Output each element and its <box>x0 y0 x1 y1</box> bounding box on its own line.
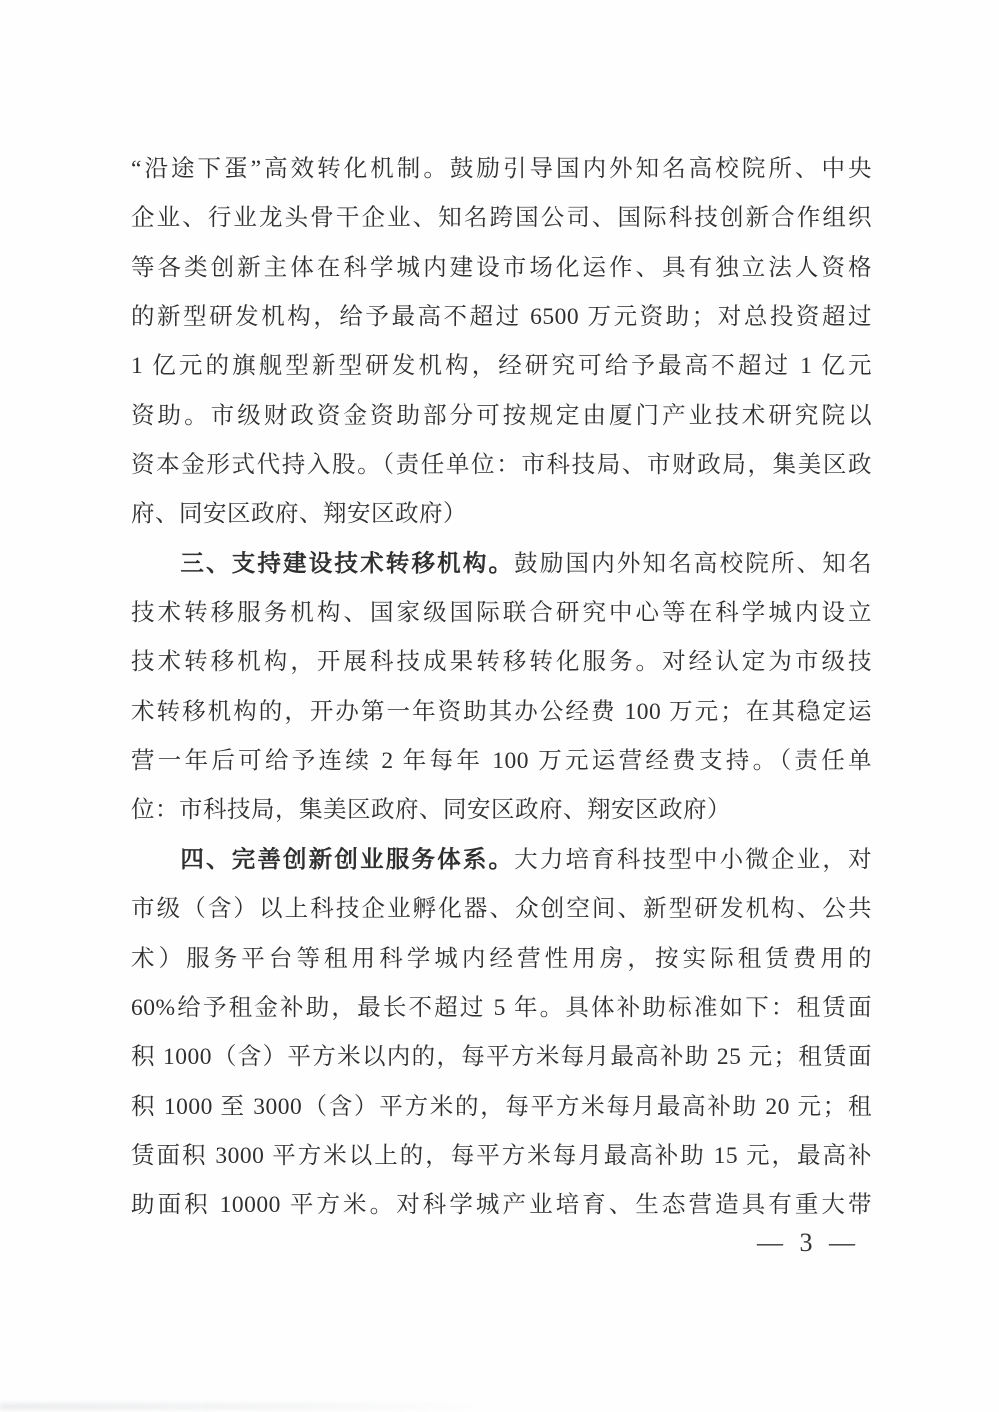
document-page: “沿途下蛋”高效转化机制。鼓励引导国内外知名高校院所、中央 企业、行业龙头骨干企… <box>0 0 999 1412</box>
text-line-rest: 大力培育科技型中小微企业，对 <box>514 847 872 873</box>
text-line: 1 亿元的旗舰型新型研发机构，经研究可给予最高不超过 1 亿元 <box>131 342 872 391</box>
text-line: 技术转移服务机构、国家级国际联合研究中心等在科学城内设立 <box>131 589 872 638</box>
text-line-rest: 鼓励国内外知名高校院所、知名 <box>514 551 872 577</box>
page-footer: — 3 — <box>131 1218 872 1267</box>
page-number: — 3 — <box>757 1228 855 1257</box>
text-line: “沿途下蛋”高效转化机制。鼓励引导国内外知名高校院所、中央 <box>131 145 872 194</box>
text-line: 赁面积 3000 平方米以上的，每平方米每月最高补助 15 元，最高补 <box>131 1132 872 1181</box>
text-line: 位：市科技局，集美区政府、同安区政府、翔安区政府） <box>131 786 872 835</box>
text-line: 三、支持建设技术转移机构。鼓励国内外知名高校院所、知名 <box>131 540 872 589</box>
text-line: 企业、行业龙头骨干企业、知名跨国公司、国际科技创新合作组织 <box>131 194 872 243</box>
text-block: “沿途下蛋”高效转化机制。鼓励引导国内外知名高校院所、中央 企业、行业龙头骨干企… <box>131 145 872 1231</box>
section-heading-3: 三、支持建设技术转移机构。 <box>180 551 514 577</box>
text-line: 资助。市级财政资金资助部分可按规定由厦门产业技术研究院以 <box>131 392 872 441</box>
text-line: 积 1000 至 3000（含）平方米的，每平方米每月最高补助 20 元；租 <box>131 1083 872 1132</box>
text-line: 的新型研发机构，给予最高不超过 6500 万元资助；对总投资超过 <box>131 293 872 342</box>
text-line: 术）服务平台等租用科学城内经营性用房，按实际租赁费用的 <box>131 935 872 984</box>
text-line: 府、同安区政府、翔安区政府） <box>131 490 872 539</box>
text-line: 四、完善创新创业服务体系。大力培育科技型中小微企业，对 <box>131 836 872 885</box>
text-line: 技术转移机构，开展科技成果转移转化服务。对经认定为市级技 <box>131 638 872 687</box>
text-line: 等各类创新主体在科学城内建设市场化运作、具有独立法人资格 <box>131 244 872 293</box>
text-line: 积 1000（含）平方米以内的，每平方米每月最高补助 25 元；租赁面 <box>131 1033 872 1082</box>
text-line: 营一年后可给予连续 2 年每年 100 万元运营经费支持。（责任单 <box>131 737 872 786</box>
scan-artifact <box>0 1403 500 1410</box>
text-line: 资本金形式代持入股。（责任单位：市科技局、市财政局，集美区政 <box>131 441 872 490</box>
text-line: 市级（含）以上科技企业孵化器、众创空间、新型研发机构、公共（技 <box>131 885 872 934</box>
text-line: 60%给予租金补助，最长不超过 5 年。具体补助标准如下：租赁面 <box>131 984 872 1033</box>
text-line: 术转移机构的，开办第一年资助其办公经费 100 万元；在其稳定运 <box>131 688 872 737</box>
section-heading-4: 四、完善创新创业服务体系。 <box>180 847 514 873</box>
